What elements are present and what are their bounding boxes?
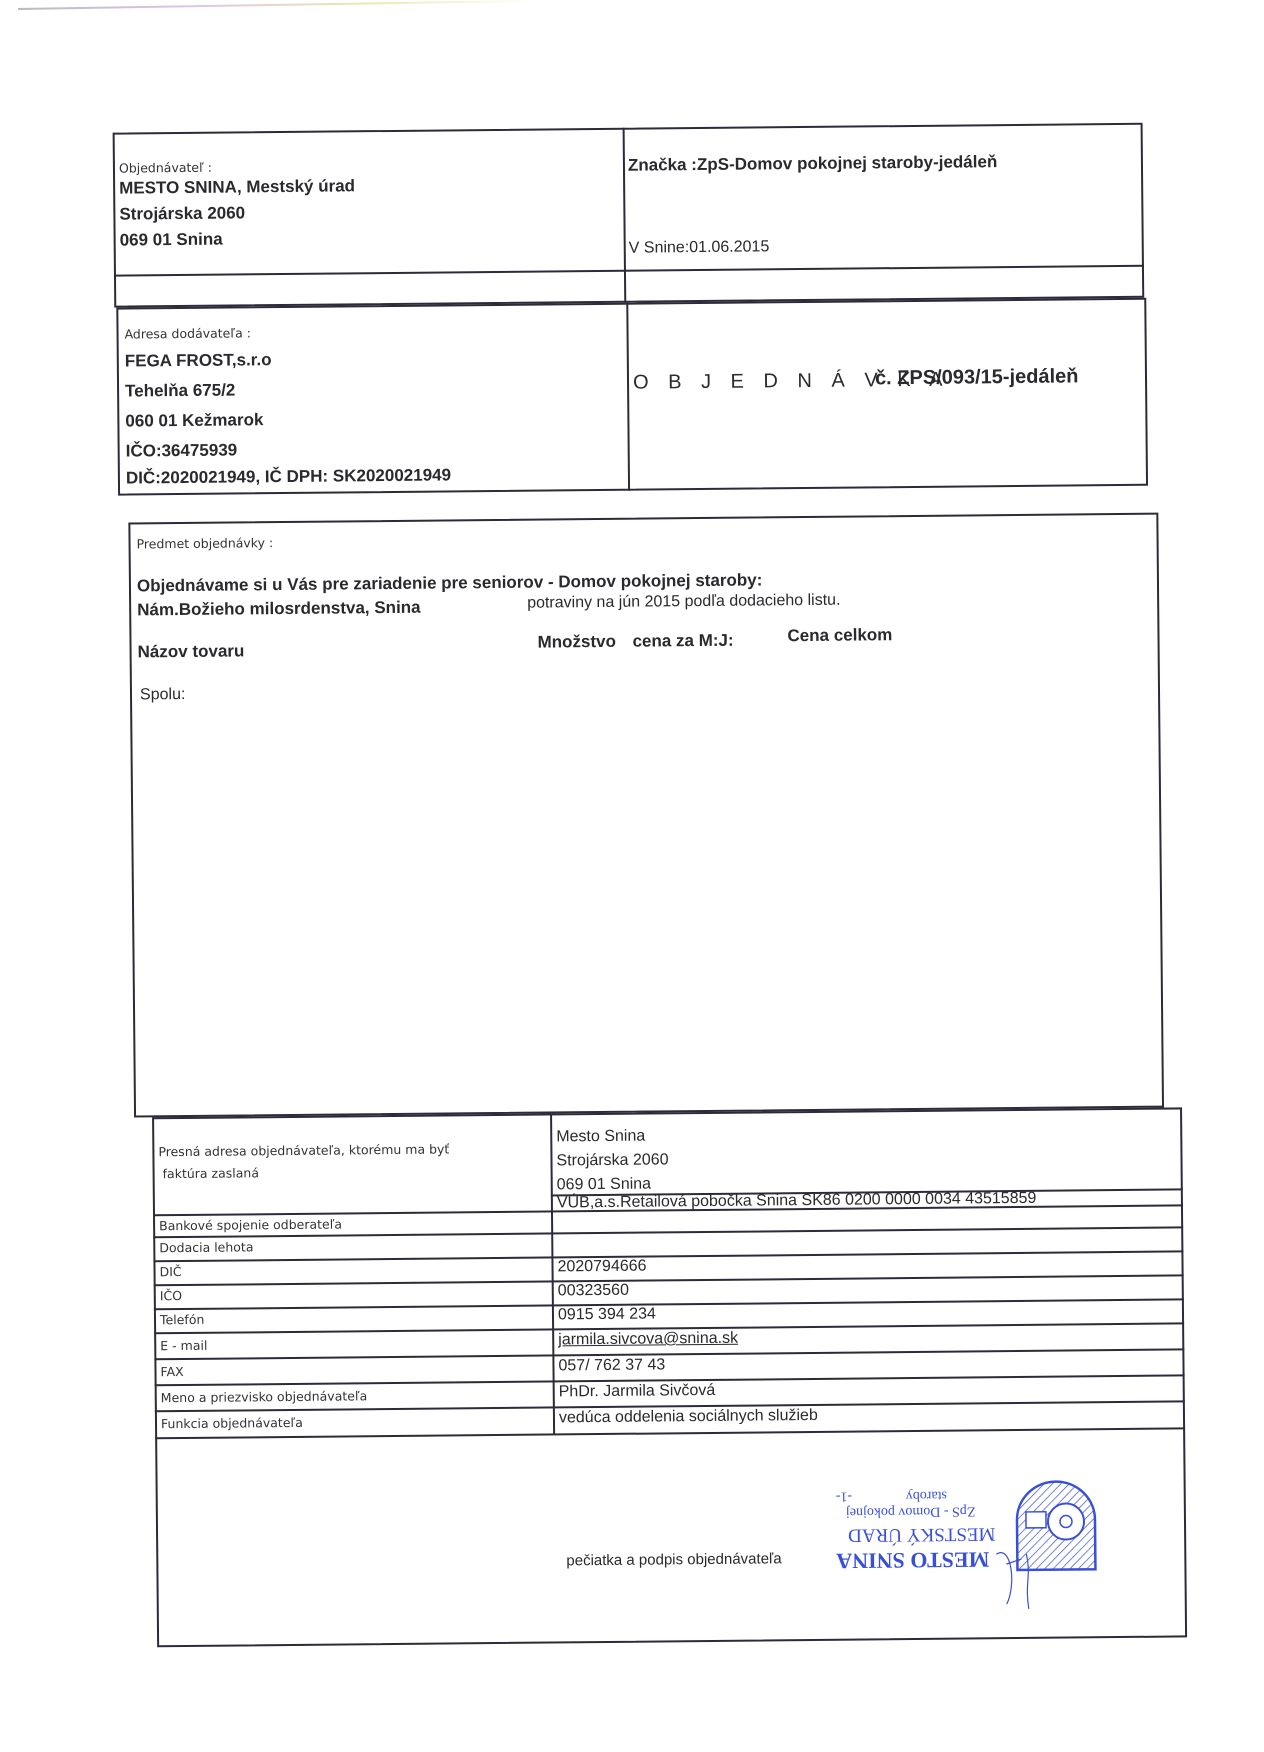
column-quantity: Množstvo [537, 632, 616, 653]
label-orderer-name: Meno a priezvisko objednávateľa [161, 1388, 368, 1405]
label-invoice-address-2: faktúra zaslaná [163, 1165, 259, 1181]
order-number: č. ZPS/093/15-jedáleň [875, 365, 1079, 390]
orderer-name: MESTO SNINA, Mestský úrad [119, 176, 355, 198]
orderer-person-value: PhDr. Jarmila Sivčová [559, 1382, 716, 1402]
stamp-line-3: ZpS - Domov pokojnej [846, 1502, 976, 1519]
label-invoice-address: Presná adresa objednávateľa, ktorému ma … [158, 1141, 449, 1159]
label-email: E - mail [160, 1338, 207, 1353]
stamp-line-4: staroby [906, 1487, 947, 1503]
fax-value: 057/ 762 37 43 [558, 1356, 665, 1375]
header-box [113, 123, 1145, 308]
orderer-function-value: vedúca oddelenia sociálnych služieb [559, 1407, 818, 1427]
label-fax: FAX [160, 1364, 183, 1379]
column-total-price: Cena celkom [787, 625, 892, 646]
supplier-street: Tehelňa 675/2 [125, 380, 235, 401]
stamp-line-2: MESTSKÝ ÚRAD [848, 1522, 995, 1545]
orderer-label: Objednávateľ : [119, 160, 212, 176]
reference-mark: Značka :ZpS-Domov pokojnej staroby-jedál… [628, 152, 998, 176]
label-delivery-term: Dodacia lehota [159, 1239, 253, 1255]
supplier-label: Adresa dodávateľa : [124, 325, 250, 341]
label-ico: IČO [160, 1288, 182, 1303]
place-date: V Snine:01.06.2015 [629, 238, 770, 257]
supplier-dic: DIČ:2020021949, IČ DPH: SK2020021949 [126, 465, 451, 488]
supplier-city: 060 01 Kežmarok [125, 410, 263, 431]
supplier-box [116, 298, 1148, 496]
orderer-street: Strojárska 2060 [119, 203, 245, 224]
label-orderer-function: Funkcia objednávateľa [161, 1415, 303, 1431]
stamp-line-1: MESTO SNINA [836, 1546, 989, 1573]
label-dic: DIČ [159, 1264, 181, 1279]
stamp-line-5: -1- [836, 1488, 852, 1504]
signature-scribble-icon [986, 1524, 1057, 1615]
phone-value: 0915 394 234 [558, 1305, 656, 1324]
total-label: Spolu: [140, 686, 186, 704]
invoice-address-line2: Strojárska 2060 [556, 1151, 668, 1170]
invoice-address-line1: Mesto Snina [556, 1128, 645, 1147]
signature-label: pečiatka a podpis objednávateľa [566, 1550, 782, 1569]
label-bank: Bankové spojenie odberateľa [159, 1216, 342, 1233]
ico-value: 00323560 [558, 1282, 629, 1301]
email-link[interactable]: jarmila.sivcova@snina.sk [558, 1330, 738, 1350]
subject-address: Nám.Božieho milosrdenstva, Snina [137, 598, 421, 621]
dic-value: 2020794666 [557, 1258, 646, 1277]
column-item-name: Názov tovaru [138, 641, 245, 662]
official-stamp: MESTO SNINA MESTSKÝ ÚRAD ZpS - Domov pok… [836, 1483, 1107, 1586]
subject-label: Predmet objednávky : [136, 535, 273, 551]
column-unit-price: cena za M:J: [632, 631, 733, 652]
supplier-name: FEGA FROST,s.r.o [125, 350, 272, 371]
order-form: Objednávateľ : MESTO SNINA, Mestský úrad… [0, 0, 1264, 1752]
invoice-address-line3: 069 01 Snina [557, 1176, 651, 1195]
label-phone: Telefón [160, 1312, 204, 1327]
subject-description: potraviny na jún 2015 podľa dodacieho li… [527, 592, 841, 613]
supplier-ico: IČO:36475939 [126, 440, 238, 461]
orderer-city: 069 01 Snina [120, 230, 223, 251]
